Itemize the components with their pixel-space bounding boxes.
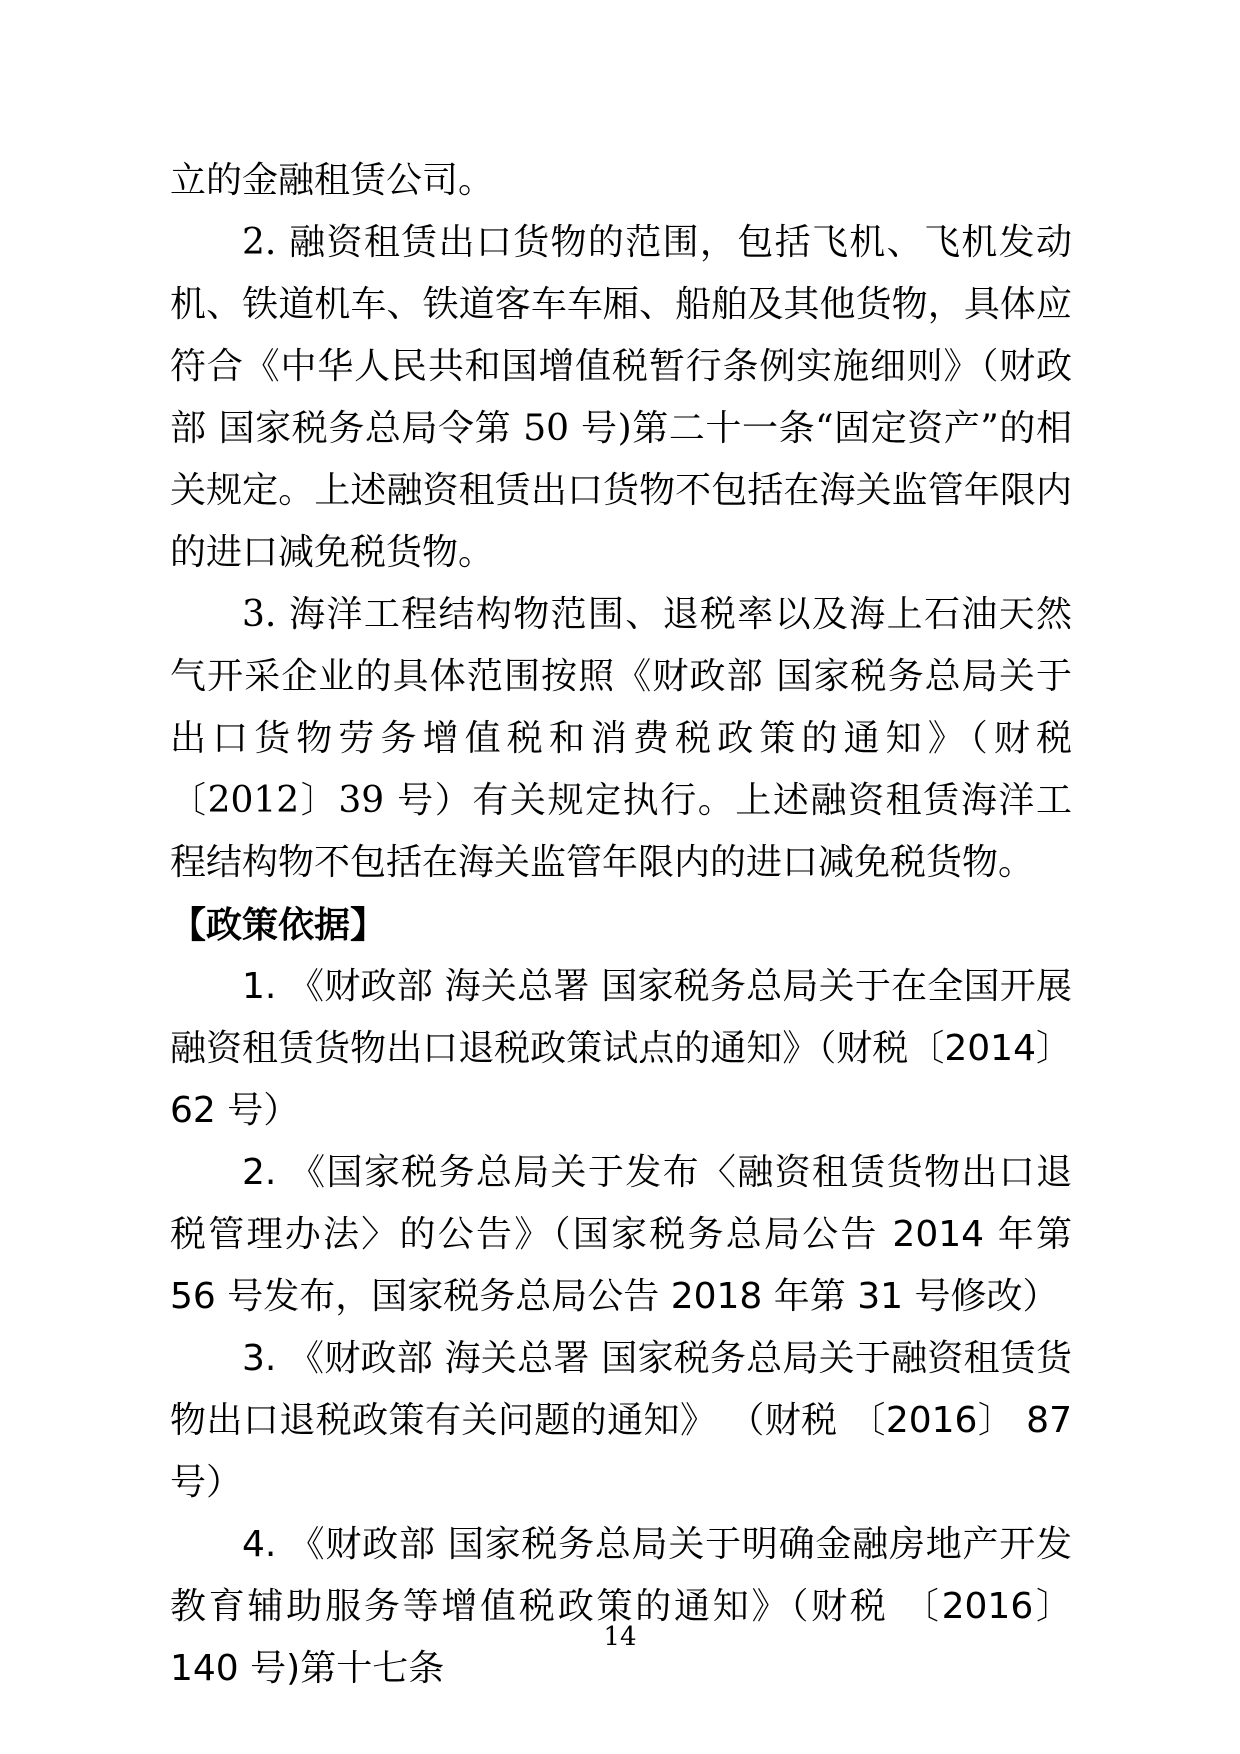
paragraph-continuation: 立的金融租赁公司。 — [170, 150, 1072, 212]
policy-item-3: 3. 《财政部 海关总署 国家税务总局关于融资租赁货物出口退税政策有关问题的通知… — [170, 1328, 1072, 1514]
policy-item-4: 4. 《财政部 国家税务总局关于明确金融房地产开发教育辅助服务等增值税政策的通知… — [170, 1514, 1072, 1700]
document-body: 立的金融租赁公司。 2. 融资租赁出口货物的范围，包括飞机、飞机发动机、铁道机车… — [170, 150, 1072, 1700]
paragraph-offshore-structures: 3. 海洋工程结构物范围、退税率以及海上石油天然气开采企业的具体范围按照《财政部… — [170, 584, 1072, 894]
page-footer: 14 — [0, 1622, 1240, 1652]
paragraph-scope-of-goods: 2. 融资租赁出口货物的范围，包括飞机、飞机发动机、铁道机车、铁道客车车厢、船舶… — [170, 212, 1072, 584]
policy-item-2: 2. 《国家税务总局关于发布〈融资租赁货物出口退税管理办法〉的公告》（国家税务总… — [170, 1142, 1072, 1328]
policy-item-1: 1. 《财政部 海关总署 国家税务总局关于在全国开展融资租赁货物出口退税政策试点… — [170, 956, 1072, 1142]
page-number: 14 — [603, 1622, 636, 1652]
section-heading-policy-basis: 【政策依据】 — [170, 894, 1072, 956]
document-page: 立的金融租赁公司。 2. 融资租赁出口货物的范围，包括飞机、飞机发动机、铁道机车… — [0, 0, 1240, 1754]
